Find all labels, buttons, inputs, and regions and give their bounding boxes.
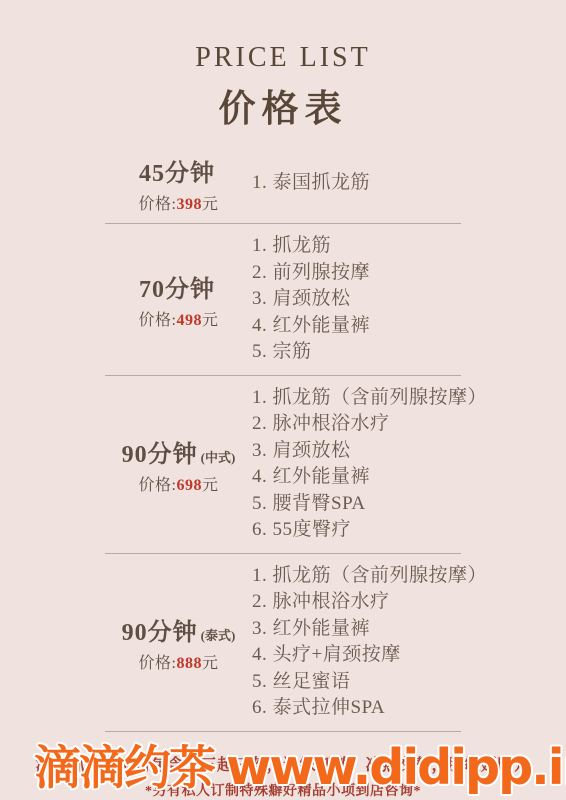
price-line: 价格:398元 [105,191,252,214]
price-unit: 元 [202,477,219,494]
section-left: 70分钟价格:498元 [105,269,252,330]
service-item: 3. 红外能量裤 [252,616,487,643]
price-value: 498 [176,312,202,329]
price-value: 698 [176,477,202,494]
price-section: 45分钟价格:398元1. 泰国抓龙筋 [105,144,461,224]
header: PRICE LIST 价格表 [0,0,566,132]
service-item: 3. 肩颈放松 [252,438,487,465]
price-label: 价格: [139,655,177,672]
service-item: 6. 55度臀疗 [252,517,487,544]
price-section: 70分钟价格:498元1. 抓龙筋2. 前列腺按摩3. 肩颈放松4. 红外能量裤… [105,224,461,376]
page-title-en: PRICE LIST [0,42,566,74]
price-line: 价格:498元 [105,307,252,330]
duration-label: 90分钟 [122,442,198,468]
service-item: 5. 丝足蜜语 [252,669,487,696]
price-value: 888 [176,655,202,672]
service-item: 1. 抓龙筋（含前列腺按摩） [252,385,487,412]
duration-line: 90分钟(泰式) [105,612,252,647]
service-item: 2. 前列腺按摩 [252,260,461,287]
service-item: 4. 头疗+肩颈按摩 [252,642,487,669]
price-label: 价格: [139,312,177,329]
section-left: 45分钟价格:398元 [105,153,252,214]
price-unit: 元 [202,196,219,213]
watermark-url: www.didipp.info [226,739,566,796]
price-line: 价格:888元 [105,650,252,673]
duration-label: 70分钟 [139,277,215,303]
duration-label: 45分钟 [139,161,215,187]
page-title-zh: 价格表 [0,78,566,132]
section-left: 90分钟(泰式)价格:888元 [105,612,252,673]
service-item: 5. 腰背臀SPA [252,491,487,518]
service-item: 1. 抓龙筋 [252,233,461,260]
price-unit: 元 [202,655,219,672]
duration-label: 90分钟 [122,620,198,646]
price-label: 价格: [139,196,177,213]
price-list-poster: PRICE LIST 价格表 45分钟价格:398元1. 泰国抓龙筋70分钟价格… [0,0,566,800]
service-list: 1. 抓龙筋2. 前列腺按摩3. 肩颈放松4. 红外能量裤5. 宗筋 [252,233,461,366]
price-section: 90分钟(泰式)价格:888元1. 抓龙筋（含前列腺按摩）2. 脉冲根浴水疗3.… [105,554,461,732]
service-item: 5. 宗筋 [252,339,461,366]
price-section: 90分钟(中式)价格:698元1. 抓龙筋（含前列腺按摩）2. 脉冲根浴水疗3.… [105,376,461,554]
service-item: 4. 红外能量裤 [252,464,487,491]
price-sections: 45分钟价格:398元1. 泰国抓龙筋70分钟价格:498元1. 抓龙筋2. 前… [105,144,461,732]
price-label: 价格: [139,477,177,494]
service-item: 6. 泰式拉伸SPA [252,695,487,722]
service-list: 1. 抓龙筋（含前列腺按摩）2. 脉冲根浴水疗3. 肩颈放松4. 红外能量裤5.… [252,385,487,544]
duration-line: 70分钟 [105,269,252,304]
watermark: 滴滴约茶 www.didipp.info [34,731,566,798]
service-item: 3. 肩颈放松 [252,286,461,313]
duration-suffix: (中式) [201,450,236,465]
service-list: 1. 抓龙筋（含前列腺按摩）2. 脉冲根浴水疗3. 红外能量裤4. 头疗+肩颈按… [252,563,487,722]
duration-suffix: (泰式) [201,628,236,643]
service-item: 4. 红外能量裤 [252,313,461,340]
price-line: 价格:698元 [105,472,252,495]
service-item: 2. 脉冲根浴水疗 [252,411,487,438]
duration-line: 90分钟(中式) [105,434,252,469]
section-left: 90分钟(中式)价格:698元 [105,434,252,495]
price-value: 398 [176,196,202,213]
price-unit: 元 [202,312,219,329]
duration-line: 45分钟 [105,153,252,188]
service-list: 1. 泰国抓龙筋 [252,170,461,197]
service-item: 1. 泰国抓龙筋 [252,170,461,197]
service-item: 1. 抓龙筋（含前列腺按摩） [252,563,487,590]
watermark-brand: 滴滴约茶 [34,731,214,798]
service-item: 2. 脉冲根浴水疗 [252,589,487,616]
